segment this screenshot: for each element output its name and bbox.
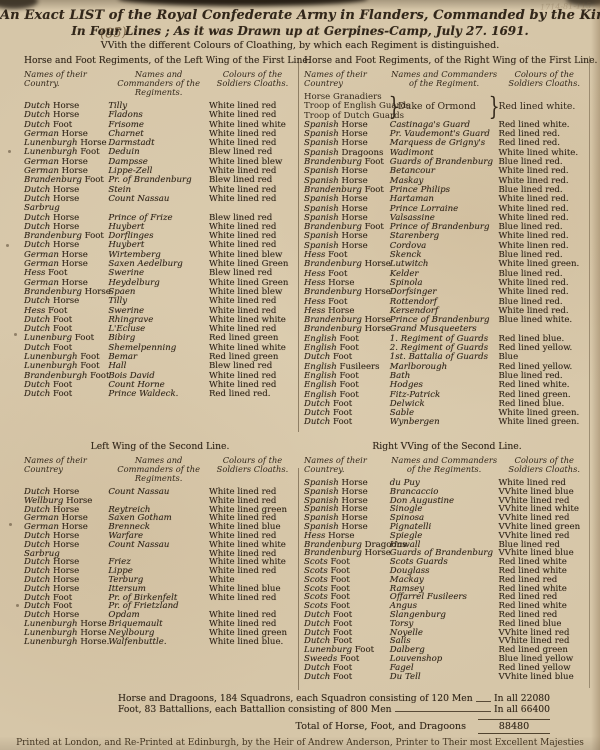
printer-imprint: Printed at London, and Re-Printed at Edi…: [0, 738, 600, 748]
paper-speck: [14, 333, 17, 336]
dash-leader: [476, 701, 491, 702]
group-commander: Duke of Ormond: [398, 102, 488, 111]
country-cell: Dutch Foot: [304, 418, 390, 427]
section-right-wing-first-line: Horse and Foot Regiments, of the Right W…: [304, 55, 590, 428]
grand-total-row: Total of Horse, Foot, and Dragoons 88480: [118, 719, 550, 734]
brace-glyph: }: [389, 94, 397, 120]
foot-total-row: Foot, 83 Battallions, each Battallion co…: [118, 705, 550, 716]
foot-text: Foot, 83 Battallions, each Battallion co…: [118, 705, 392, 716]
section-left-wing-second-line: Left Wing of the Second Line. Names of t…: [24, 441, 296, 646]
header-colours: Colours of the Soldiers Cloaths.: [209, 70, 296, 97]
table-row: Lunenburgh Horse.Walfenbuttle.White line…: [24, 638, 296, 647]
commander-cell: Prince Waldeck.: [108, 390, 209, 399]
paper-speck: [9, 523, 12, 526]
document-subtitle: In Four Lines ; As it was Drawn up at Ge…: [0, 24, 600, 38]
country-cell: Dutch Foot: [24, 390, 108, 399]
column-headers: Names of their Countrey Names and Comman…: [24, 456, 296, 483]
table-row: Dutch HorseCount NassauWhite lined red: [24, 195, 296, 204]
section-title: Horse and Foot Regiments, of the Left Wi…: [24, 55, 296, 66]
broadside-document: (85) 1714-81-115 An Exact LIST of the Ro…: [0, 0, 600, 750]
regiment-table: Spanish Horsedu PuyWhite lined redSpanis…: [304, 479, 590, 681]
section-left-wing-first-line: Horse and Foot Regiments, of the Left Wi…: [24, 55, 296, 400]
header-commanders: Names and Commanders of the Regiments.: [108, 456, 209, 483]
group-colour: Red lined white.: [498, 102, 590, 111]
table-row: Dutch FootWynbergenWhite lined green.: [304, 418, 590, 427]
header-commanders: Names and Commanders of the Regiments.: [108, 70, 209, 97]
colour-cell: White lined blue.: [209, 638, 296, 647]
grand-total-value: 88480: [478, 719, 550, 734]
commander-cell: Walfenbuttle.: [108, 638, 209, 647]
table-row: Dutch FootDu TellVVhite lined blue: [304, 673, 590, 682]
section-right-wing-second-line: Right VVing of the Second Line. Names of…: [304, 441, 590, 681]
header-country: Names of their Countrey: [24, 456, 108, 483]
header-colours: Colours of the Soldiers Cloaths.: [498, 456, 590, 474]
colour-cell: Blue lined white.: [498, 316, 590, 325]
ink-stain: [118, 0, 368, 6]
column-headers: Names of their Countrey. Names and Comma…: [304, 456, 590, 474]
section-title: Left Wing of the Second Line.: [24, 441, 296, 452]
horse-dragoons-total-row: Horse and Dragoons, 184 Squadrons, each …: [118, 694, 550, 705]
country-cell: Dutch Foot: [304, 673, 390, 682]
header-country: Names of their Country.: [24, 70, 108, 97]
paper-speck: [16, 604, 19, 607]
grand-total-label: Total of Horse, Foot, and Dragoons: [296, 721, 466, 732]
totals-footer: Horse and Dragoons, 184 Squadrons, each …: [118, 694, 550, 734]
regiment-table: Dutch HorseTillyWhite lined redDutch Hor…: [24, 102, 296, 400]
paper-speck: [8, 150, 11, 153]
colour-cell: Red lined red.: [209, 390, 296, 399]
section-title: Horse and Foot Regiments, of the Right W…: [304, 55, 590, 66]
commander-cell: Count Nassau: [108, 488, 209, 497]
column-headers: Names of their Country. Names and Comman…: [24, 70, 296, 97]
colour-cell: VVhite lined blue: [498, 673, 590, 682]
page-fold-edge: [591, 0, 600, 750]
commander-cell: Du Tell: [390, 673, 499, 682]
commander-cell: Wynbergen: [390, 418, 499, 427]
document-subtitle-2: VVith the different Colours of Cloathing…: [0, 40, 600, 51]
horse-dragoons-total: In all 22080: [494, 694, 550, 705]
country-cell: Lunenburgh Horse.: [24, 638, 108, 647]
header-colours: Colours of the Soldiers Cloaths.: [209, 456, 296, 483]
column-headers: Names of their Countrey Names and Comman…: [304, 70, 590, 88]
commander-cell: Count Nassau: [108, 541, 209, 550]
paper-speck: [6, 244, 9, 247]
regiment-table: Spanish HorseCastinaga's GuardRed lined …: [304, 121, 590, 428]
section-title: Right VVing of the Second Line.: [304, 441, 590, 452]
brace-glyph: }: [489, 94, 497, 120]
dash-leader: [395, 711, 491, 712]
header-commanders: Names and Commanders of the Regiment.: [390, 70, 499, 88]
column-divider-rule: [298, 468, 299, 690]
guards-grouped-rows: Horse Granadiers Troop of English Guards…: [304, 93, 590, 121]
regiment-table: Dutch HorseCount NassauWhite lined redWe…: [24, 488, 296, 646]
header-commanders: Names and Commanders of the Regiments.: [390, 456, 499, 474]
header-country: Names of their Countrey: [304, 70, 390, 88]
colour-cell: White lined green.: [498, 418, 590, 427]
column-divider-rule: [298, 58, 299, 432]
horse-dragoons-text: Horse and Dragoons, 184 Squadrons, each …: [118, 694, 473, 705]
header-country: Names of their Countrey.: [304, 456, 390, 474]
document-title: An Exact LIST of the Royal Confederate A…: [0, 8, 600, 23]
colour-cell: White lined red: [209, 594, 296, 603]
colour-cell: White lined red: [209, 195, 296, 204]
foot-total: In all 66400: [494, 705, 550, 716]
table-row: Dutch FootPrince Waldeck.Red lined red.: [24, 390, 296, 399]
title-block: An Exact LIST of the Royal Confederate A…: [0, 8, 600, 51]
header-colours: Colours of the Soldiers Cloaths.: [498, 70, 590, 88]
commander-cell: Count Nassau: [108, 195, 209, 204]
guards-group-countries: Horse Granadiers Troop of English Guards…: [304, 93, 387, 121]
